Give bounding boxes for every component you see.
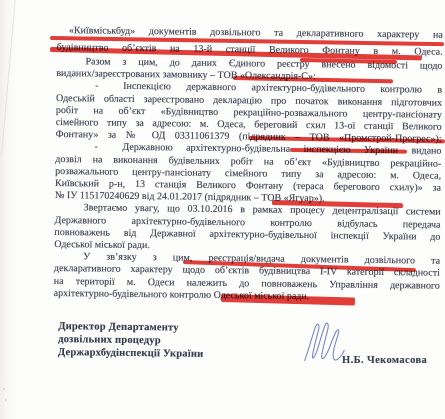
- document-body: «Київміськбуд» документів дозвільного та…: [53, 20, 443, 364]
- bullet-dash: -: [94, 142, 97, 154]
- scan-edge-line: [1, 0, 16, 155]
- scanned-document-page: «Київміськбуд» документів дозвільного та…: [0, 0, 445, 419]
- scan-speck: [5, 399, 7, 401]
- bullet-dash: -: [95, 81, 98, 93]
- signature-scribble: [300, 320, 348, 366]
- scan-speck: [3, 388, 5, 390]
- signer-name: Н.Б. Чекомасова: [342, 355, 427, 366]
